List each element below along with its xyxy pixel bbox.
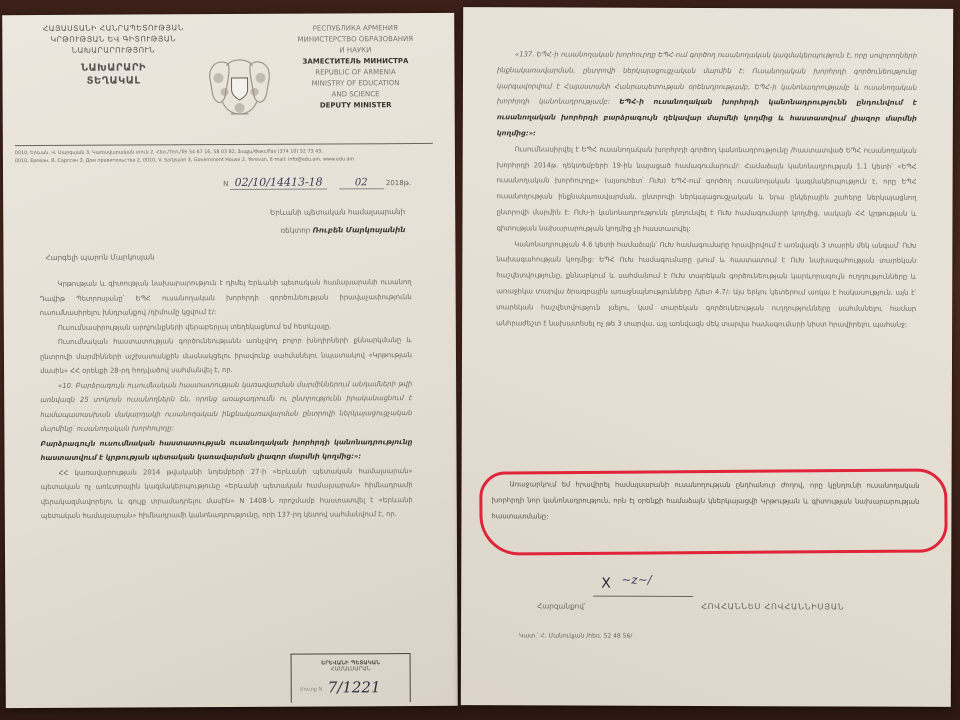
addressee-org: Երևանի պետական համալսարանի <box>270 203 405 222</box>
addressee-name: Ռուբեն Մարկոսյանին <box>313 225 406 234</box>
letter-page-1: ՀԱՅԱՍՏԱՆԻ ՀԱՆՐԱՊԵՏՈՒԹՅԱՆ ԿՐԹՈՒԹՅԱՆ ԵՎ ԳԻ… <box>2 13 458 708</box>
closing-regards: Հարգանքով՝ <box>537 601 585 610</box>
body-paragraph: Ուսումնական հաստատության գործունեությանն… <box>40 333 412 378</box>
header-divider <box>15 143 433 146</box>
letterhead-title: ՏԵՂԱԿԱԼ <box>39 74 189 88</box>
proposal-paragraph: Առաջարկում եմ հրավիրել համալսարանի ուսան… <box>491 477 919 526</box>
stamp-label: Մուտք N <box>300 687 323 693</box>
body-paragraph: ՀՀ կառավարության 2014 թվականի նոյեմբերի … <box>41 464 413 524</box>
incoming-stamp: ԵՐԵՎԱՆԻ ՊԵՏԱԿԱՆ ՀԱՄԱԼՍԱՐԱՆ Մուտք N 7/122… <box>291 653 411 703</box>
salutation: Հարգելի պարոն Մարկոսյան <box>45 252 154 262</box>
addressee-title: ռեկտոր <box>280 226 310 235</box>
law-quote: «10. Բարձրագույն ուսումնական հաստատությա… <box>40 377 412 437</box>
signature: ~z~/ <box>621 573 652 587</box>
letterhead-title: DEPUTY MINISTER <box>281 100 431 112</box>
letter-body-page-1: Կրթության և գիտության նախարարություն է դ… <box>40 275 413 523</box>
letterhead-line: ՆԱԽԱՐԱՐՈՒԹՅՈՒՆ <box>38 44 188 56</box>
ministry-address: 0010, Երևան, Վ. Սարգսյան 3, Կառավարական … <box>15 148 435 166</box>
letterhead-line: РЕСПУБЛИКА АРМЕНИЯ <box>280 23 430 35</box>
letter-body-page-2: «137. ԵՊՀ-ի ուսանողական խորհուրդը ԵՊՀ-ու… <box>496 47 917 333</box>
signature-line <box>593 596 693 597</box>
proposal-text: Առաջարկում եմ հրավիրել համալսարանի ուսան… <box>491 477 919 526</box>
signature-x-mark: X <box>601 576 611 592</box>
letterhead-line: MINISTRY OF EDUCATION <box>281 78 431 90</box>
stamp-org: ՀԱՄԱԼՍԱՐԱՆ <box>292 666 410 673</box>
letterhead-line: AND SCIENCE <box>281 89 431 101</box>
body-paragraph: Կանոնադրության 4.6 կետի համաձայն՝ ՈւԽ հա… <box>496 237 916 333</box>
body-paragraph: Կրթության և գիտության նախարարություն է դ… <box>40 275 412 320</box>
executor-note: Կատ.՝ Հ. Մանուկյան /հեռ. 52 48 56/ <box>519 632 632 639</box>
registration-year: 2018թ. <box>386 179 411 187</box>
registration-number: 02/10/14413-18 <box>231 175 327 190</box>
addressee-block: Երևանի պետական համալսարանի ռեկտոր Ռուբեն… <box>270 203 405 240</box>
stamp-number: 7/1221 <box>328 678 381 696</box>
letter-page-2: «137. ԵՊՀ-ի ուսանողական խորհուրդը ԵՊՀ-ու… <box>461 7 953 707</box>
letterhead-line: ԿՐԹՈՒԹՅԱՆ ԵՎ ԳԻՏՈՒԹՅԱՆ <box>38 33 188 45</box>
number-sign: N <box>223 180 228 188</box>
law-quote-bold: Բարձրագույն ուսումնական հաստատության ուս… <box>40 435 412 466</box>
letterhead-title: ՆԱԽԱՐԱՐԻ <box>38 61 188 75</box>
letterhead-line: REPUBLIC OF ARMENIA <box>280 67 430 79</box>
letterhead-line: МИНИСТЕРСТВО ОБРАЗОВАНИЯ <box>280 34 430 46</box>
letterhead-line: И НАУКИ <box>280 45 430 57</box>
registration-line: N 02/10/14413-18 02 2018թ. <box>223 175 411 189</box>
body-paragraph: Ուսումնասիրվել է ԵՊՀ ուսանողական խորհրդի… <box>496 142 916 238</box>
registration-day: 02 <box>339 177 384 189</box>
letterhead-line: ՀԱՅԱՍՏԱՆԻ ՀԱՆՐԱՊԵՏՈՒԹՅԱՆ <box>38 22 188 34</box>
coat-of-arms-icon <box>200 52 278 126</box>
signer-name: ՀՈՎՀԱՆՆԵՍ ՀՈՎՀԱՆՆԻՍՅԱՆ <box>701 602 844 612</box>
address-line: 0010, Ереван, В. Саргсян 3, Дом правител… <box>15 156 435 166</box>
letterhead-ru-en: РЕСПУБЛИКА АРМЕНИЯ МИНИСТЕРСТВО ОБРАЗОВА… <box>280 23 430 112</box>
letterhead-armenian: ՀԱՅԱՍՏԱՆԻ ՀԱՆՐԱՊԵՏՈՒԹՅԱՆ ԿՐԹՈՒԹՅԱՆ ԵՎ ԳԻ… <box>38 22 188 88</box>
letterhead-title: ЗАМЕСТИТЕЛЬ МИНИСТРА <box>280 56 430 68</box>
